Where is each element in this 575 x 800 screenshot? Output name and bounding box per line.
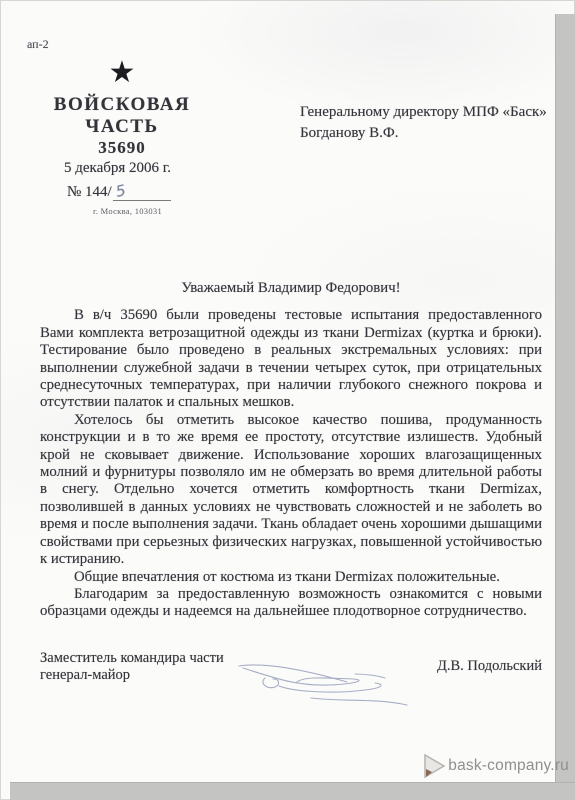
letter-number-blank-line: 5 (113, 185, 171, 201)
signatory-title-line-1: Заместитель командира части (40, 650, 224, 667)
military-star-icon: ★ (24, 58, 220, 88)
letter-number-prefix: № 144/ (67, 184, 112, 200)
body-paragraph-2: Хотелось бы отметить высокое качество по… (40, 412, 542, 569)
letter-number: № 144/5 (67, 184, 171, 201)
watermark-text: bask-company.ru (448, 757, 569, 775)
salutation: Уважаемый Владимир Федорович! (40, 280, 542, 297)
letterhead: ★ ВОЙСКОВАЯ ЧАСТЬ 35690 (24, 58, 220, 158)
scan-edge-bottom (10, 782, 575, 800)
signatory-title-line-2: генерал-майор (40, 667, 224, 684)
body-paragraph-1: В в/ч 35690 были проведены тестовые испы… (40, 307, 542, 411)
bask-logo-icon (422, 753, 446, 779)
body-paragraph-4: Благодарим за предоставленную возможност… (40, 586, 542, 621)
handwritten-signature-icon (235, 652, 420, 714)
signatory-name: Д.В. Подольский (437, 658, 542, 675)
recipient-line-1: Генеральному директору МПФ «Баск» (300, 102, 547, 123)
scan-edge-right (555, 14, 575, 800)
org-name: ВОЙСКОВАЯ ЧАСТЬ (24, 94, 220, 138)
signatory-title: Заместитель командира части генерал-майо… (40, 650, 224, 684)
letter-date: 5 декабря 2006 г. (64, 160, 171, 177)
handwritten-number: 5 (114, 181, 127, 201)
recipient-block: Генеральному директору МПФ «Баск» Богдан… (300, 102, 547, 144)
recipient-line-2: Богданову В.Ф. (300, 123, 547, 144)
letter-body: Уважаемый Владимир Федорович! В в/ч 3569… (40, 280, 542, 621)
org-unit-number: 35690 (24, 138, 220, 158)
corner-code: ап-2 (27, 37, 49, 52)
city-postal-line: г. Москва, 103031 (93, 206, 162, 216)
body-paragraph-3: Общие впечатления от костюма из ткани De… (40, 569, 542, 586)
scanned-letter-page: ап-2 ★ ВОЙСКОВАЯ ЧАСТЬ 35690 5 декабря 2… (0, 0, 575, 800)
watermark: bask-company.ru (422, 753, 569, 779)
